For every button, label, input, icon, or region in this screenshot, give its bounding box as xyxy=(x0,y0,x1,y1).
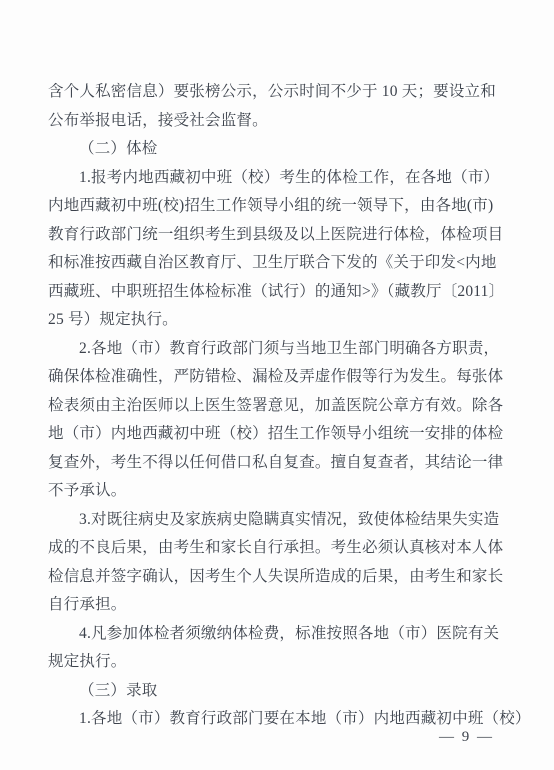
text-line: 2.各地（市）教育行政部门须与当地卫生部门明确各方职责， xyxy=(48,335,510,364)
text-line: 成的不良后果，由考生和家长自行承担。考生必须认真核对本人体 xyxy=(48,534,510,563)
text-line: 公布举报电话，接受社会监督。 xyxy=(48,107,510,136)
page-number: — 9 — xyxy=(439,729,494,746)
text-line: 不予承认。 xyxy=(48,477,510,506)
text-line: 确保体检准确性，严防错检、漏检及弄虚作假等行为发生。每张体 xyxy=(48,363,510,392)
text-line: 含个人私密信息）要张榜公示，公示时间不少于 10 天；要设立和 xyxy=(48,78,510,107)
text-line: 地（市）内地西藏初中班（校）招生工作领导小组统一安排的体检 xyxy=(48,420,510,449)
text-line: 和标准按西藏自治区教育厅、卫生厅联合下发的《关于印发<内地 xyxy=(48,249,510,278)
text-line: 规定执行。 xyxy=(48,648,510,677)
text-line: 自行承担。 xyxy=(48,591,510,620)
text-line: 25 号）规定执行。 xyxy=(48,306,510,335)
text-line: 检信息并签字确认，因考生个人失误所造成的后果，由考生和家长 xyxy=(48,563,510,592)
text-line: 教育行政部门统一组织考生到县级及以上医院进行体检，体检项目 xyxy=(48,221,510,250)
document-body: 含个人私密信息）要张榜公示，公示时间不少于 10 天；要设立和 公布举报电话，接… xyxy=(48,78,510,734)
text-line: 1.报考内地西藏初中班（校）考生的体检工作，在各地（市） xyxy=(48,164,510,193)
text-line: 3.对既往病史及家族病史隐瞒真实情况，致使体检结果失实造 xyxy=(48,506,510,535)
text-line: 西藏班、中职班招生体检标准（试行）的通知>》（藏教厅〔2011〕 xyxy=(48,278,510,307)
text-line: 复查外，考生不得以任何借口私自复查。擅自复查者，其结论一律 xyxy=(48,449,510,478)
section-heading: （三）录取 xyxy=(48,677,510,706)
text-line: 内地西藏初中班(校)招生工作领导小组的统一领导下，由各地(市) xyxy=(48,192,510,221)
section-heading: （二）体检 xyxy=(48,135,510,164)
document-page: 含个人私密信息）要张榜公示，公示时间不少于 10 天；要设立和 公布举报电话，接… xyxy=(0,0,554,770)
text-line: 检表须由主治医师以上医生签署意见，加盖医院公章方有效。除各 xyxy=(48,392,510,421)
text-line: 4.凡参加体检者须缴纳体检费，标准按照各地（市）医院有关 xyxy=(48,620,510,649)
